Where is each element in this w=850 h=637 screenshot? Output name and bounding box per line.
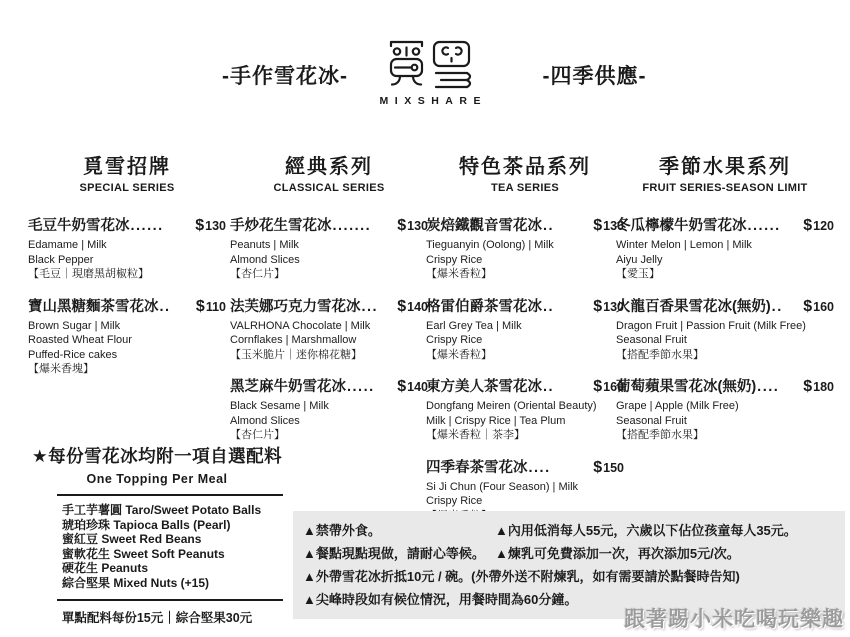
item-name: 冬瓜檸檬牛奶雪花冰 bbox=[616, 218, 747, 234]
text-line: 【搭配季節水果】 bbox=[616, 348, 834, 363]
menu-item: 毛豆牛奶雪花冰...... $130 Edamame | MilkBlack P… bbox=[28, 214, 226, 282]
column-header: 季節水果系列 FRUIT SERIES-SEASON LIMIT bbox=[616, 150, 834, 194]
item-dots: .. bbox=[772, 299, 783, 315]
topping-section: ★每份雪花冰均附一項自選配料 One Topping Per Meal 手工芋薯… bbox=[28, 443, 286, 626]
text-line: 蜜軟花生 Sweet Soft Peanuts bbox=[62, 547, 286, 562]
topping-footer: 單點配料每份15元｜綜合堅果30元 bbox=[28, 608, 286, 626]
note-text: ▲尖峰時段如有候位情況，用餐時間為60分鐘。 bbox=[303, 588, 577, 611]
item-price: $110 bbox=[196, 298, 226, 316]
blogger-watermark: 跟著踢小米吃喝玩樂趣 bbox=[624, 603, 844, 633]
menu-item-title: 四季春茶雪花冰.... $150 bbox=[426, 456, 624, 477]
item-name: 火龍百香果雪花冰(無奶) bbox=[616, 299, 771, 315]
menu-item-title: 寶山黑糖麵茶雪花冰.. $110 bbox=[28, 295, 226, 316]
header-tagline-left: -手作雪花冰- bbox=[200, 60, 370, 90]
text-line: 【爆米香粒】 bbox=[426, 267, 624, 282]
item-price: $150 bbox=[593, 459, 624, 477]
menu-item: 黑芝麻牛奶雪花冰..... $140 Black Sesame | MilkAl… bbox=[230, 375, 428, 443]
item-description: Winter Melon | Lemon | MilkAiyu Jelly【愛玉… bbox=[616, 238, 834, 282]
menu-column-classical: 經典系列 CLASSICAL SERIES 手炒花生雪花冰....... $13… bbox=[230, 150, 428, 456]
menu-item: 東方美人茶雪花冰.. $160 Dongfang Meiren (Orienta… bbox=[426, 375, 624, 443]
text-line: Cornflakes | Marshmallow bbox=[230, 333, 428, 348]
topping-subtitle: One Topping Per Meal bbox=[28, 472, 286, 486]
menu-item-title: 冬瓜檸檬牛奶雪花冰...... $120 bbox=[616, 214, 834, 235]
item-dots: ...... bbox=[748, 218, 781, 234]
text-line: Puffed-Rice cakes bbox=[28, 348, 226, 363]
item-description: Peanuts | MilkAlmond Slices【杏仁片】 bbox=[230, 238, 428, 282]
text-line: Dongfang Meiren (Oriental Beauty) bbox=[426, 399, 624, 414]
item-dots: .... bbox=[529, 460, 551, 476]
menu-item-title: 毛豆牛奶雪花冰...... $130 bbox=[28, 214, 226, 235]
item-name: 葡萄蘋果雪花冰(無奶) bbox=[616, 379, 756, 395]
menu-item-title: 格雷伯爵茶雪花冰.. $130 bbox=[426, 295, 624, 316]
menu-column-tea: 特色茶品系列 TEA SERIES 炭焙鐵觀音雪花冰.. $130 Tiegua… bbox=[426, 150, 624, 536]
text-line: Edamame | Milk bbox=[28, 238, 226, 253]
item-dots: ...... bbox=[131, 218, 164, 234]
menu-item-title: 手炒花生雪花冰....... $130 bbox=[230, 214, 428, 235]
column-subtitle: TEA SERIES bbox=[426, 182, 624, 194]
text-line: 【杏仁片】 bbox=[230, 428, 428, 443]
note-row: ▲餐點現點現做，請耐心等候。 ▲煉乳可免費添加一次，再次添加5元/次。 bbox=[303, 542, 835, 565]
menu-item-title: 葡萄蘋果雪花冰(無奶).... $180 bbox=[616, 375, 834, 396]
column-subtitle: CLASSICAL SERIES bbox=[230, 182, 428, 194]
item-dots: .. bbox=[543, 218, 554, 234]
text-line: Grape | Apple (Milk Free) bbox=[616, 399, 834, 414]
item-dots: ..... bbox=[347, 379, 375, 395]
text-line: Winter Melon | Lemon | Milk bbox=[616, 238, 834, 253]
menu-item-title: 東方美人茶雪花冰.. $160 bbox=[426, 375, 624, 396]
column-header: 經典系列 CLASSICAL SERIES bbox=[230, 150, 428, 194]
text-line: Black Sesame | Milk bbox=[230, 399, 428, 414]
text-line: 【愛玉】 bbox=[616, 267, 834, 282]
text-line: 【杏仁片】 bbox=[230, 267, 428, 282]
item-price: $180 bbox=[803, 378, 834, 396]
item-name: 毛豆牛奶雪花冰 bbox=[28, 218, 130, 234]
text-line: 【搭配季節水果】 bbox=[616, 428, 834, 443]
column-subtitle: SPECIAL SERIES bbox=[28, 182, 226, 194]
text-line: Aiyu Jelly bbox=[616, 253, 834, 268]
text-line: Roasted Wheat Flour bbox=[28, 333, 226, 348]
column-header: 覓雪招牌 SPECIAL SERIES bbox=[28, 150, 226, 194]
menu-item: 葡萄蘋果雪花冰(無奶).... $180 Grape | Apple (Milk… bbox=[616, 375, 834, 443]
item-price: $120 bbox=[803, 217, 834, 235]
menu-item-title: 黑芝麻牛奶雪花冰..... $140 bbox=[230, 375, 428, 396]
item-description: Grape | Apple (Milk Free)Seasonal Fruit【… bbox=[616, 399, 834, 443]
text-line: Crispy Rice bbox=[426, 253, 624, 268]
text-line: Brown Sugar | Milk bbox=[28, 319, 226, 334]
mixshare-logo: MIXSHARE bbox=[372, 38, 488, 107]
note-text: ▲內用低消每人55元，六歲以下佔位孩童每人35元。 bbox=[495, 519, 797, 542]
menu-item: 炭焙鐵觀音雪花冰.. $130 Tieguanyin (Oolong) | Mi… bbox=[426, 214, 624, 282]
text-line: 手工芋薯圓 Taro/Sweet Potato Balls bbox=[62, 503, 286, 518]
note-row: ▲外帶雪花冰折抵10元 / 碗。(外帶外送不附煉乳，如有需要請於點餐時告知) bbox=[303, 565, 835, 588]
note-text: ▲餐點現點現做，請耐心等候。 bbox=[303, 542, 495, 565]
item-price: $140 bbox=[397, 298, 428, 316]
text-line: 【爆米香粒｜茶李】 bbox=[426, 428, 624, 443]
item-price: $160 bbox=[803, 298, 834, 316]
text-line: Earl Grey Tea | Milk bbox=[426, 319, 624, 334]
item-name: 寶山黑糖麵茶雪花冰 bbox=[28, 299, 159, 315]
text-line: Dragon Fruit | Passion Fruit (Milk Free) bbox=[616, 319, 834, 334]
mixshare-logo-icon bbox=[372, 38, 488, 92]
menu-column-special: 覓雪招牌 SPECIAL SERIES 毛豆牛奶雪花冰...... $130 E… bbox=[28, 150, 226, 390]
item-dots: ... bbox=[362, 299, 379, 315]
text-line: Almond Slices bbox=[230, 253, 428, 268]
column-subtitle: FRUIT SERIES-SEASON LIMIT bbox=[616, 182, 834, 194]
menu-item-title: 火龍百香果雪花冰(無奶).. $160 bbox=[616, 295, 834, 316]
column-title: 季節水果系列 bbox=[616, 150, 834, 179]
note-text: ▲禁帶外食。 bbox=[303, 519, 495, 542]
item-price: $130 bbox=[195, 217, 226, 235]
menu-item-title: 炭焙鐵觀音雪花冰.. $130 bbox=[426, 214, 624, 235]
item-name: 黑芝麻牛奶雪花冰 bbox=[230, 379, 346, 395]
item-description: Dragon Fruit | Passion Fruit (Milk Free)… bbox=[616, 319, 834, 363]
header-tagline-right: -四季供應- bbox=[522, 60, 667, 90]
item-name: 格雷伯爵茶雪花冰 bbox=[426, 299, 542, 315]
item-dots: .. bbox=[543, 299, 554, 315]
text-line: Peanuts | Milk bbox=[230, 238, 428, 253]
text-line: 【毛豆｜現磨黑胡椒粒】 bbox=[28, 267, 226, 282]
menu-item: 寶山黑糖麵茶雪花冰.. $110 Brown Sugar | MilkRoast… bbox=[28, 295, 226, 377]
text-line: Si Ji Chun (Four Season) | Milk bbox=[426, 480, 624, 495]
column-title: 經典系列 bbox=[230, 150, 428, 179]
item-description: Tieguanyin (Oolong) | MilkCrispy Rice【爆米… bbox=[426, 238, 624, 282]
text-line: Milk | Crispy Rice | Tea Plum bbox=[426, 414, 624, 429]
item-description: Edamame | MilkBlack Pepper【毛豆｜現磨黑胡椒粒】 bbox=[28, 238, 226, 282]
item-name: 四季春茶雪花冰 bbox=[426, 460, 528, 476]
text-line: Crispy Rice bbox=[426, 494, 624, 509]
text-line: Almond Slices bbox=[230, 414, 428, 429]
item-price: $130 bbox=[397, 217, 428, 235]
column-header: 特色茶品系列 TEA SERIES bbox=[426, 150, 624, 194]
menu-item-title: 法芙娜巧克力雪花冰... $140 bbox=[230, 295, 428, 316]
note-text: ▲煉乳可免費添加一次，再次添加5元/次。 bbox=[495, 542, 740, 565]
item-dots: .. bbox=[543, 379, 554, 395]
text-line: Tieguanyin (Oolong) | Milk bbox=[426, 238, 624, 253]
menu-item: 法芙娜巧克力雪花冰... $140 VALRHONA Chocolate | M… bbox=[230, 295, 428, 363]
text-line: 【玉米脆片｜迷你棉花糖】 bbox=[230, 348, 428, 363]
item-description: Brown Sugar | MilkRoasted Wheat FlourPuf… bbox=[28, 319, 226, 377]
item-description: Black Sesame | MilkAlmond Slices【杏仁片】 bbox=[230, 399, 428, 443]
item-description: VALRHONA Chocolate | MilkCornflakes | Ma… bbox=[230, 319, 428, 363]
column-title: 覓雪招牌 bbox=[28, 150, 226, 179]
text-line: Crispy Rice bbox=[426, 333, 624, 348]
topping-title: ★每份雪花冰均附一項自選配料 bbox=[28, 443, 286, 468]
item-dots: .... bbox=[757, 379, 779, 395]
divider bbox=[57, 599, 283, 601]
text-line: 蜜紅豆 Sweet Red Beans bbox=[62, 532, 286, 547]
item-name: 炭焙鐵觀音雪花冰 bbox=[426, 218, 542, 234]
menu-item: 火龍百香果雪花冰(無奶).. $160 Dragon Fruit | Passi… bbox=[616, 295, 834, 363]
item-name: 法芙娜巧克力雪花冰 bbox=[230, 299, 361, 315]
item-description: Earl Grey Tea | MilkCrispy Rice【爆米香粒】 bbox=[426, 319, 624, 363]
item-name: 手炒花生雪花冰 bbox=[230, 218, 332, 234]
note-row: ▲禁帶外食。 ▲內用低消每人55元，六歲以下佔位孩童每人35元。 bbox=[303, 519, 835, 542]
text-line: 綜合堅果 Mixed Nuts (+15) bbox=[62, 576, 286, 591]
menu-item: 冬瓜檸檬牛奶雪花冰...... $120 Winter Melon | Lemo… bbox=[616, 214, 834, 282]
text-line: 【爆米香粒】 bbox=[426, 348, 624, 363]
divider bbox=[57, 494, 283, 496]
text-line: Black Pepper bbox=[28, 253, 226, 268]
menu-column-fruit: 季節水果系列 FRUIT SERIES-SEASON LIMIT 冬瓜檸檬牛奶雪… bbox=[616, 150, 834, 456]
topping-list: 手工芋薯圓 Taro/Sweet Potato Balls琥珀珍珠 Tapioc… bbox=[62, 503, 286, 591]
column-title: 特色茶品系列 bbox=[426, 150, 624, 179]
text-line: 硬花生 Peanuts bbox=[62, 561, 286, 576]
menu-item: 手炒花生雪花冰....... $130 Peanuts | MilkAlmond… bbox=[230, 214, 428, 282]
text-line: Seasonal Fruit bbox=[616, 333, 834, 348]
text-line: VALRHONA Chocolate | Milk bbox=[230, 319, 428, 334]
note-text: ▲外帶雪花冰折抵10元 / 碗。(外帶外送不附煉乳，如有需要請於點餐時告知) bbox=[303, 565, 740, 588]
item-price: $140 bbox=[397, 378, 428, 396]
menu-item: 格雷伯爵茶雪花冰.. $130 Earl Grey Tea | MilkCris… bbox=[426, 295, 624, 363]
item-description: Dongfang Meiren (Oriental Beauty)Milk | … bbox=[426, 399, 624, 443]
item-dots: ....... bbox=[333, 218, 372, 234]
text-line: Seasonal Fruit bbox=[616, 414, 834, 429]
logo-wordmark: MIXSHARE bbox=[372, 95, 488, 107]
text-line: 【爆米香塊】 bbox=[28, 362, 226, 377]
text-line: 琥珀珍珠 Tapioca Balls (Pearl) bbox=[62, 518, 286, 533]
item-dots: .. bbox=[160, 299, 171, 315]
item-name: 東方美人茶雪花冰 bbox=[426, 379, 542, 395]
